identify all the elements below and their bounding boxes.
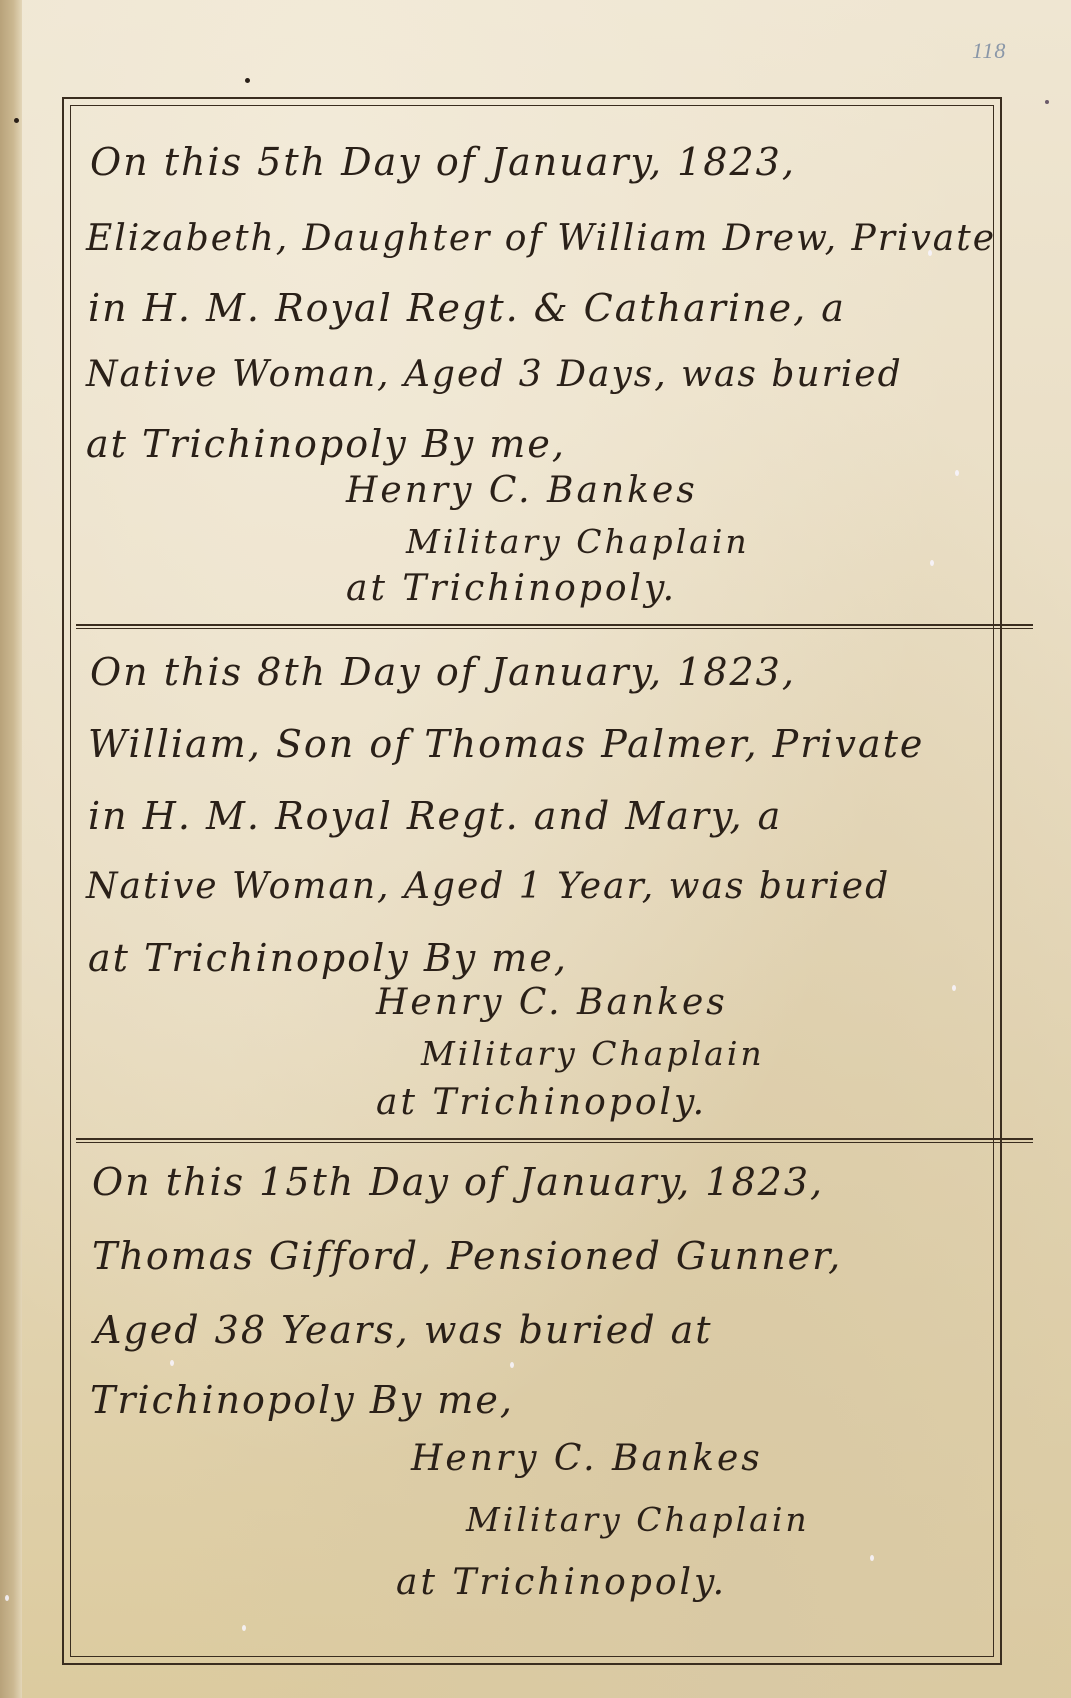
entry-line: Trichinopoly By me, <box>90 1378 514 1422</box>
entry-line: at Trichinopoly By me, <box>88 936 568 980</box>
ledger-page: 118 On this 5th Day of January, 1823, El… <box>0 0 1071 1698</box>
burial-entry-2: On this 8th Day of January, 1823, Willia… <box>76 630 1028 1142</box>
glare-speck <box>930 560 934 566</box>
signature-title: Military Chaplain <box>466 1500 810 1539</box>
entry-line: On this 5th Day of January, 1823, <box>90 140 796 184</box>
signature-title: Military Chaplain <box>421 1034 765 1073</box>
glare-speck <box>242 1625 246 1631</box>
ink-spot <box>245 78 250 83</box>
entry-line: in H. M. Royal Regt. & Catharine, a <box>88 286 846 330</box>
entry-line: On this 15th Day of January, 1823, <box>92 1160 824 1204</box>
signature-place: at Trichinopoly. <box>376 1082 707 1123</box>
glare-speck <box>5 1595 9 1601</box>
signature-name: Henry C. Bankes <box>411 1438 763 1479</box>
signature-place: at Trichinopoly. <box>396 1562 727 1603</box>
entry-line: Thomas Gifford, Pensioned Gunner, <box>92 1234 842 1278</box>
entry-line: On this 8th Day of January, 1823, <box>90 650 796 694</box>
entry-line: William, Son of Thomas Palmer, Private <box>88 722 924 766</box>
signature-name: Henry C. Bankes <box>376 982 728 1023</box>
glare-speck <box>928 250 932 256</box>
entry-line: Elizabeth, Daughter of William Drew, Pri… <box>86 218 996 259</box>
glare-speck <box>170 1360 174 1366</box>
burial-entry-3: On this 15th Day of January, 1823, Thoma… <box>76 1142 1028 1652</box>
signature-title: Military Chaplain <box>406 522 750 561</box>
signature-place: at Trichinopoly. <box>346 568 677 609</box>
book-spine-edge <box>0 0 22 1698</box>
ink-spot <box>1045 100 1049 104</box>
entry-line: in H. M. Royal Regt. and Mary, a <box>88 794 782 838</box>
glare-speck <box>952 985 956 991</box>
burial-entry-1: On this 5th Day of January, 1823, Elizab… <box>76 110 1028 630</box>
glare-speck <box>870 1555 874 1561</box>
glare-speck <box>510 1362 514 1368</box>
entry-line: at Trichinopoly By me, <box>86 422 566 466</box>
ink-spot <box>14 118 19 123</box>
page-number: 118 <box>972 38 1006 64</box>
entry-line: Aged 38 Years, was buried at <box>94 1308 713 1352</box>
glare-speck <box>955 470 959 476</box>
entry-line: Native Woman, Aged 3 Days, was buried <box>86 354 903 395</box>
entry-line: Native Woman, Aged 1 Year, was buried <box>86 866 890 907</box>
signature-name: Henry C. Bankes <box>346 470 698 511</box>
